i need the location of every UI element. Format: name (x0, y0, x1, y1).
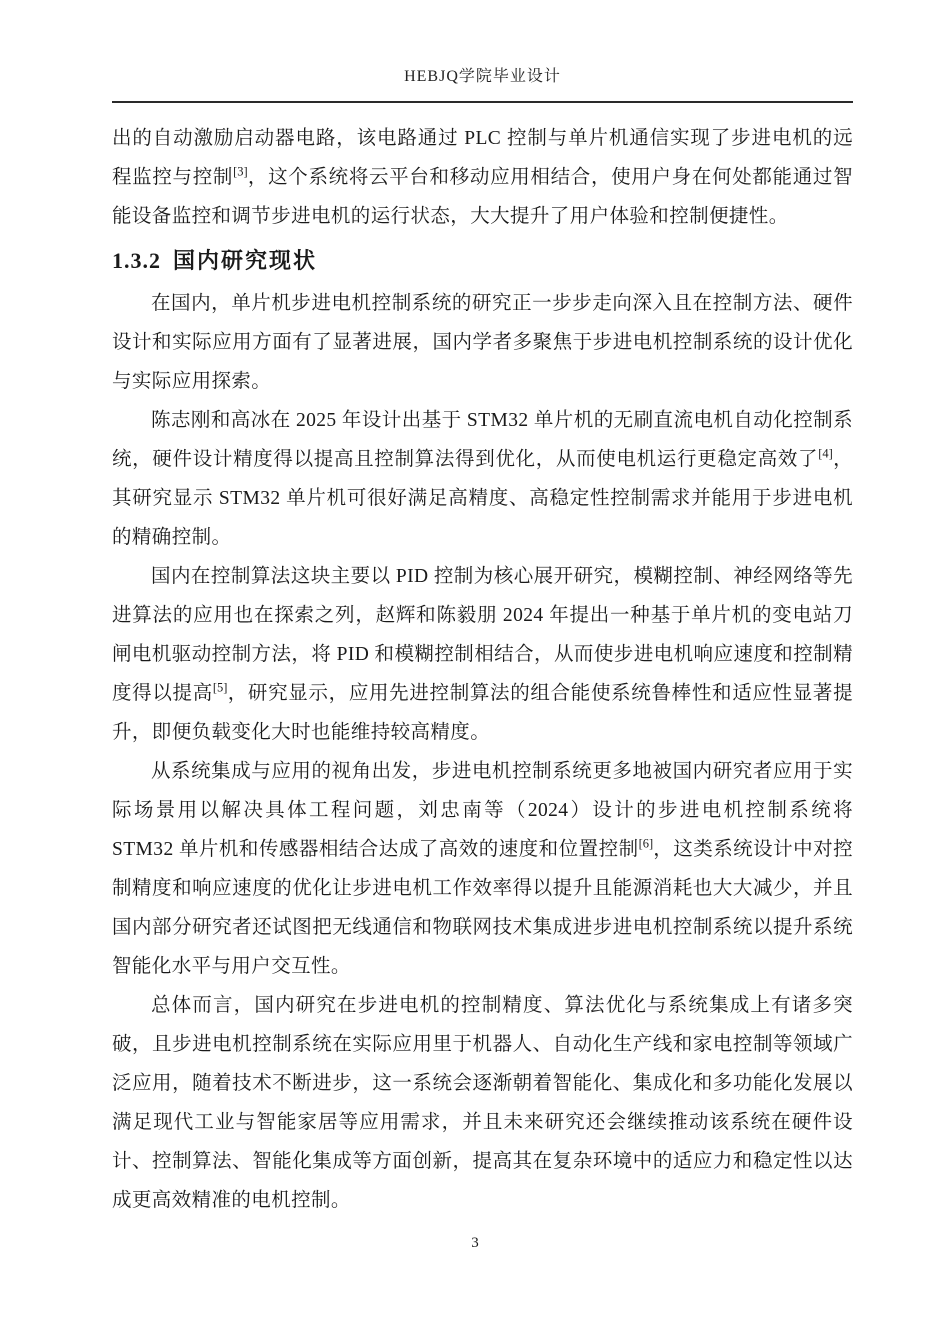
citation-ref: [4] (818, 447, 833, 461)
page-header: HEBJQ学院毕业设计 (112, 0, 853, 103)
page-number: 3 (471, 1235, 479, 1251)
header-title: HEBJQ学院毕业设计 (112, 66, 853, 88)
citation-ref: [6] (639, 837, 654, 851)
citation-ref: [5] (213, 681, 228, 695)
page-footer: 3 (0, 1234, 950, 1252)
section-heading: 1.3.2国内研究现状 (112, 241, 853, 280)
document-page: HEBJQ学院毕业设计 出的自动激励启动器电路，该电路通过 PLC 控制与单片机… (0, 0, 950, 1344)
body-paragraph: 出的自动激励启动器电路，该电路通过 PLC 控制与单片机通信实现了步进电机的远程… (112, 119, 853, 236)
section-number: 1.3.2 (112, 248, 161, 273)
body-paragraph: 从系统集成与应用的视角出发，步进电机控制系统更多地被国内研究者应用于实际场景用以… (112, 752, 853, 986)
body-paragraph: 在国内，单片机步进电机控制系统的研究正一步步走向深入且在控制方法、硬件设计和实际… (112, 284, 853, 401)
body-paragraph: 国内在控制算法这块主要以 PID 控制为核心展开研究，模糊控制、神经网络等先进算… (112, 557, 853, 752)
citation-ref: [3] (233, 165, 248, 179)
body-paragraph: 总体而言，国内研究在步进电机的控制精度、算法优化与系统集成上有诸多突破，且步进电… (112, 986, 853, 1220)
section-title: 国内研究现状 (173, 248, 317, 273)
paragraph-text: 陈志刚和高冰在 2025 年设计出基于 STM32 单片机的无刷直流电机自动化控… (112, 410, 853, 470)
document-body: 出的自动激励启动器电路，该电路通过 PLC 控制与单片机通信实现了步进电机的远程… (112, 119, 853, 1220)
body-paragraph: 陈志刚和高冰在 2025 年设计出基于 STM32 单片机的无刷直流电机自动化控… (112, 401, 853, 557)
paragraph-text: 在国内，单片机步进电机控制系统的研究正一步步走向深入且在控制方法、硬件设计和实际… (112, 293, 853, 392)
header-rule (112, 101, 853, 103)
paragraph-text: 总体而言，国内研究在步进电机的控制精度、算法优化与系统集成上有诸多突破，且步进电… (112, 995, 853, 1211)
